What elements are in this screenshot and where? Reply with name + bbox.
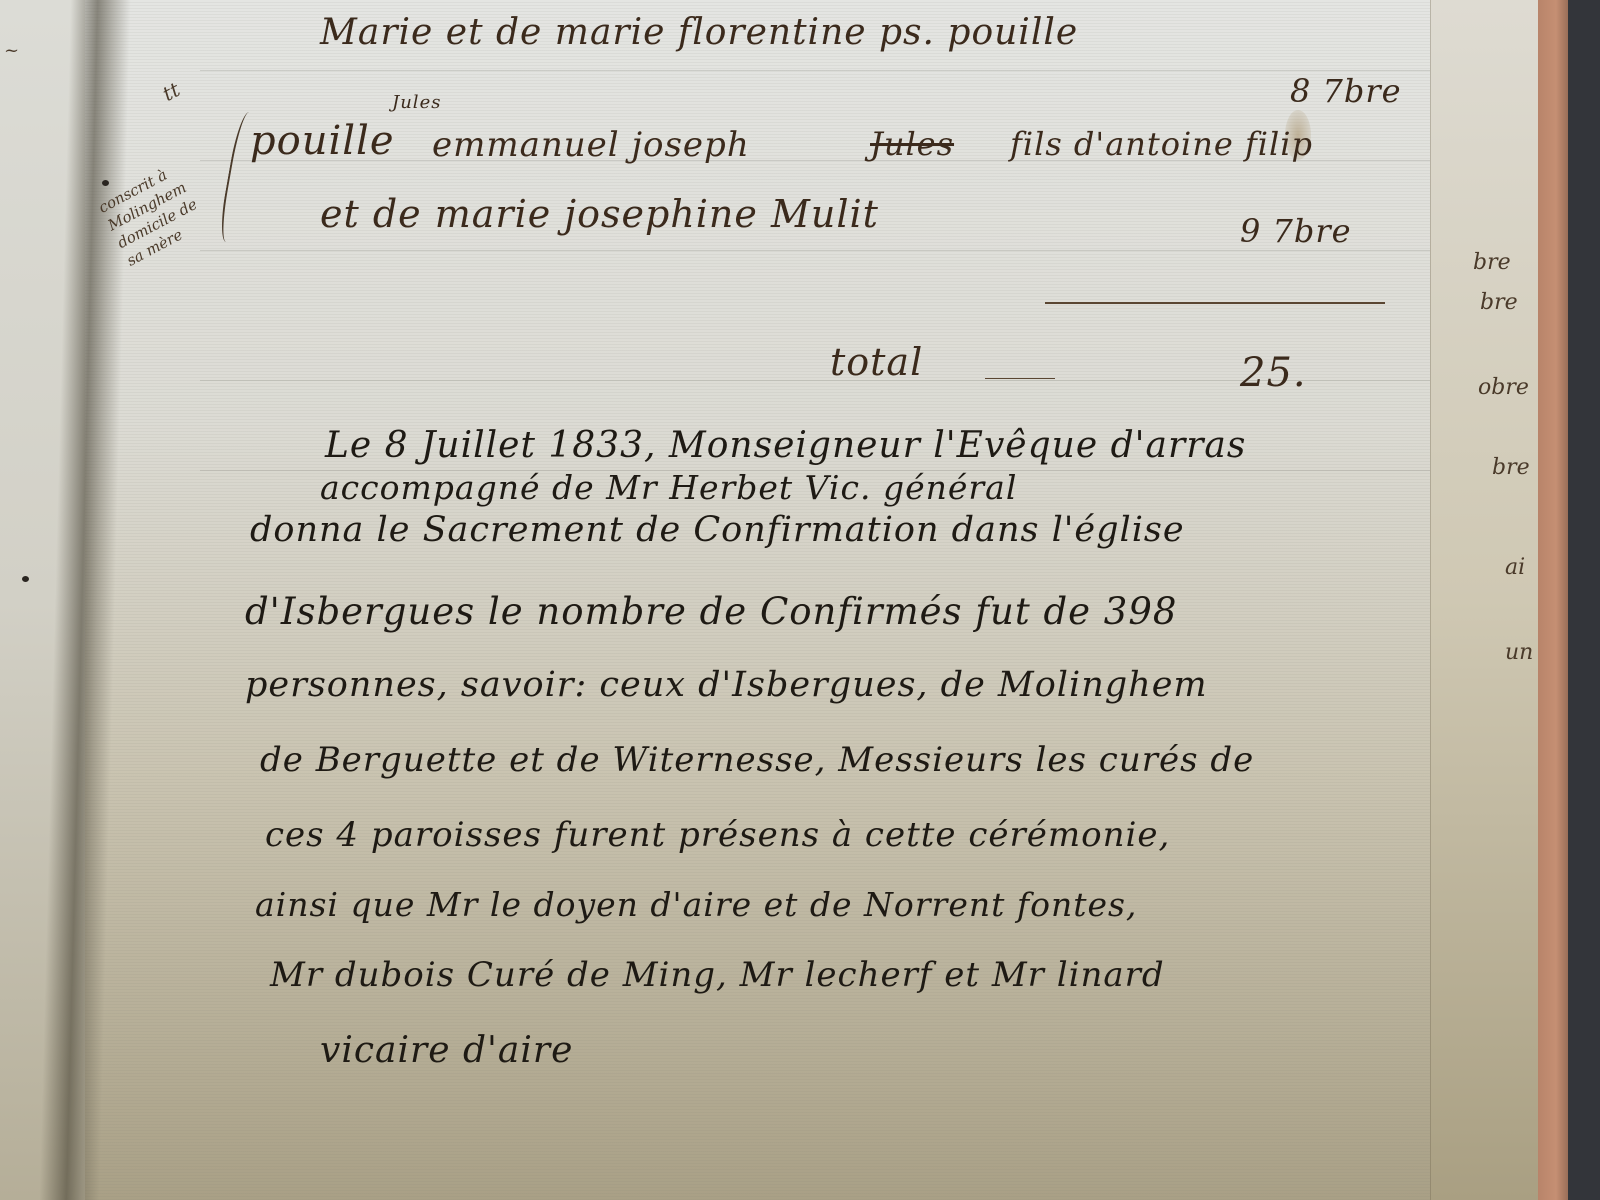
edge-fragment: bre xyxy=(1473,250,1511,275)
record-line: d'Isbergues le nombre de Confirmés fut d… xyxy=(245,590,1177,633)
edge-fragment: ai xyxy=(1505,555,1525,580)
entry-text-line: Marie et de marie florentine ps. pouille xyxy=(320,12,1078,53)
struck-word: Jules xyxy=(870,125,954,163)
background-dark xyxy=(1568,0,1600,1200)
total-label: total xyxy=(830,340,923,384)
edge-fragment: bre xyxy=(1492,455,1530,480)
edge-fragment: bre xyxy=(1480,290,1518,315)
record-line: Le 8 Juillet 1833, Monseigneur l'Evêque … xyxy=(325,425,1246,466)
left-page-fragment: ~ xyxy=(4,40,19,61)
record-line: accompagné de Mr Herbet Vic. général xyxy=(320,468,1017,507)
book-binding-edge xyxy=(1538,0,1568,1200)
record-line: Mr dubois Curé de Ming, Mr lecherf et Mr… xyxy=(270,955,1165,995)
entry-date: 9 7bre xyxy=(1240,212,1352,250)
total-dash xyxy=(985,378,1055,379)
entry-text-line: et de marie josephine Mulit xyxy=(320,192,879,236)
entry-date: 8 7bre xyxy=(1290,72,1402,110)
document-photo: ~ tt conscrit à Molinghem domicile de sa… xyxy=(0,0,1600,1200)
record-line: ainsi que Mr le doyen d'aire et de Norre… xyxy=(255,885,1137,924)
ink-spot xyxy=(22,576,29,582)
separator-line xyxy=(1045,302,1385,304)
entry-surname: pouille xyxy=(250,118,395,164)
record-line: donna le Sacrement de Confirmation dans … xyxy=(250,510,1185,550)
inserted-name: Jules xyxy=(392,92,441,113)
record-line: personnes, savoir: ceux d'Isbergues, de … xyxy=(245,665,1208,705)
record-line: ces 4 paroisses furent présens à cette c… xyxy=(265,815,1170,855)
edge-fragment: un xyxy=(1505,640,1533,665)
underlying-page-strip xyxy=(1430,0,1541,1200)
entry-parent: fils d'antoine filip xyxy=(1010,125,1313,163)
record-line: vicaire d'aire xyxy=(320,1030,573,1071)
entry-given-names: emmanuel joseph xyxy=(432,125,750,165)
record-line: de Berguette et de Witernesse, Messieurs… xyxy=(260,740,1254,780)
ink-spot xyxy=(102,180,109,186)
edge-fragment: obre xyxy=(1478,375,1529,400)
total-value: 25. xyxy=(1240,350,1307,396)
